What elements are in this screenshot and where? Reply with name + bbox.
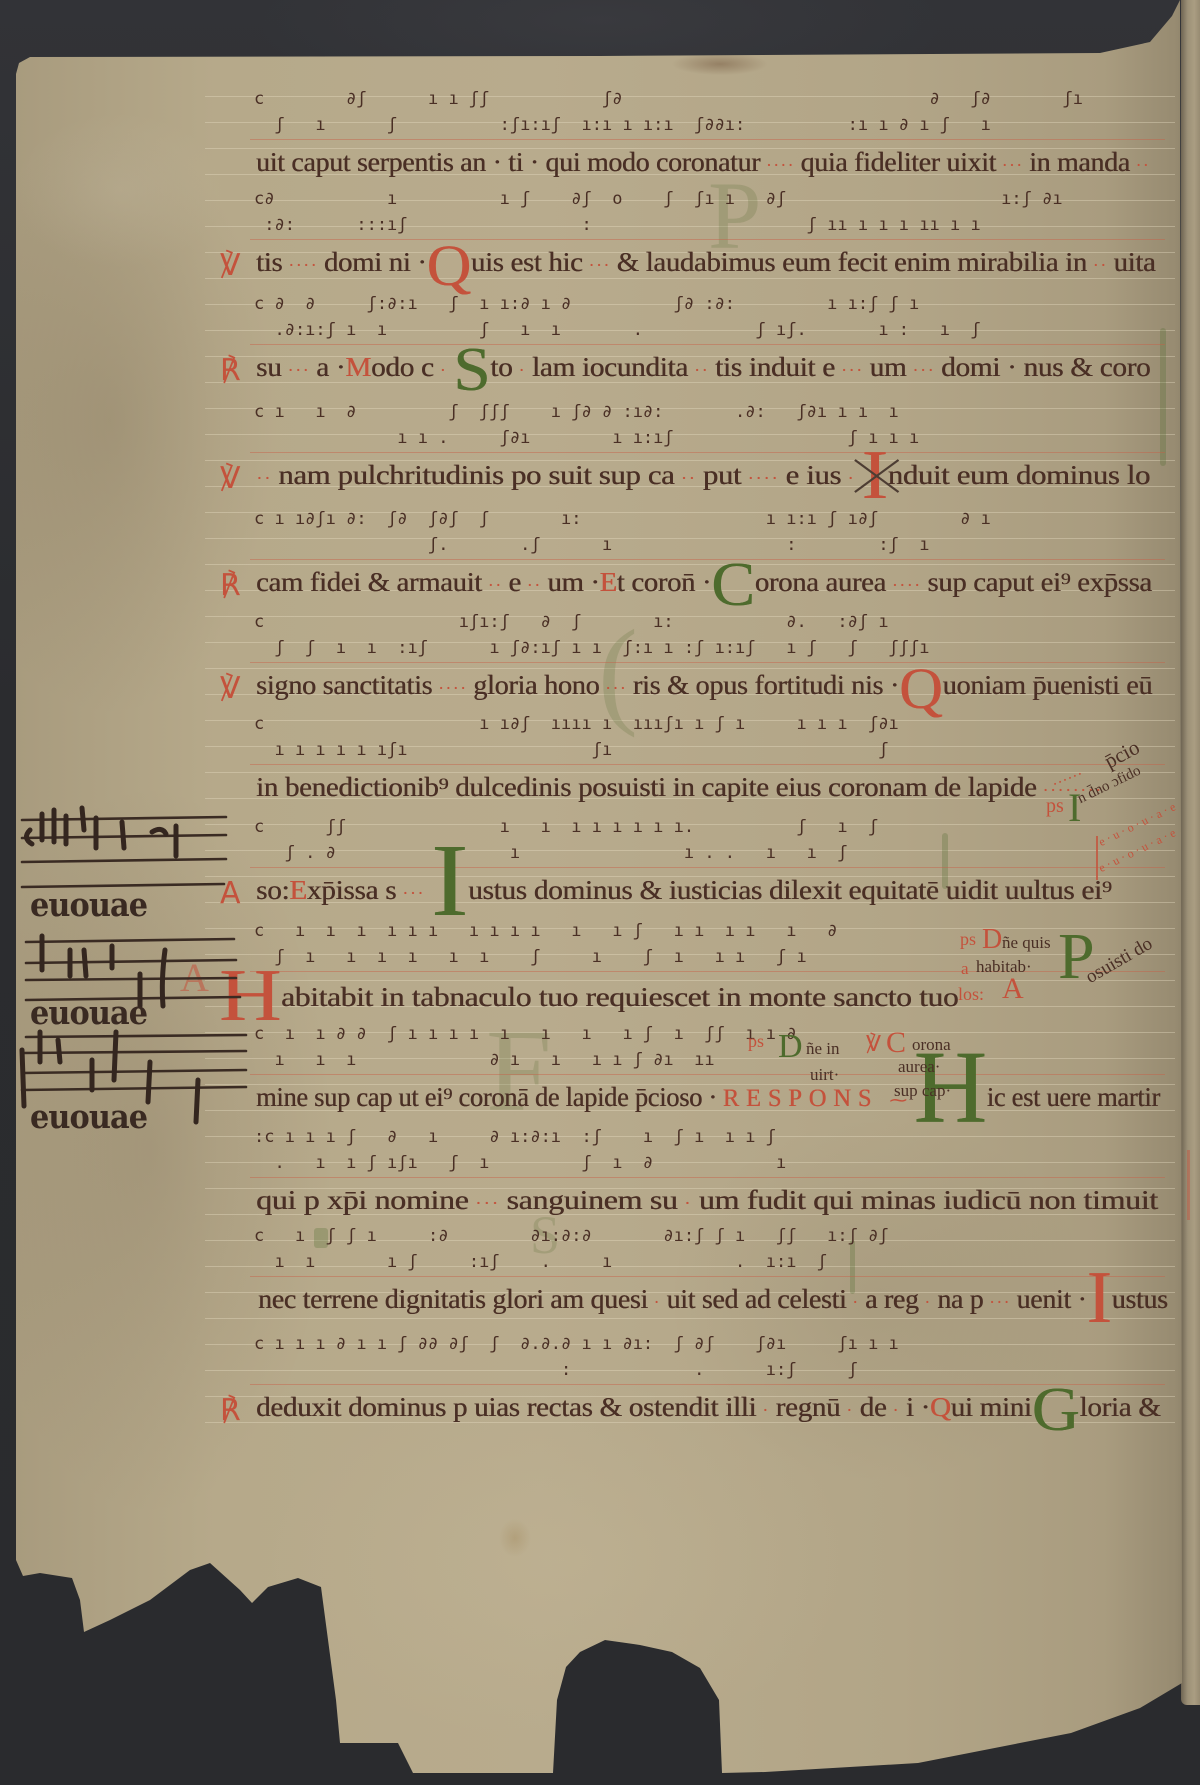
rubric-dots: ·	[846, 1292, 865, 1312]
neumes-upper: c ∂ ∂ ʃ:∂:ı ʃ ı ı:∂ ı ∂ ʃ∂ :∂: ı ı:ʃ ʃ ı	[254, 296, 919, 313]
text-segment: ui mini	[951, 1392, 1032, 1422]
rubric-dots: ·	[756, 1400, 775, 1420]
text-segment: loria &	[1079, 1392, 1160, 1422]
rubric-dots: ·	[841, 468, 862, 488]
psalm-abbrev: ps	[1046, 796, 1064, 816]
text-line: Habitabit in tabnaculo tuo requiescet in…	[219, 982, 958, 1011]
rubric-respons: RESPONS	[723, 1085, 878, 1112]
rubric-dots: ·	[434, 360, 454, 380]
text-segment: qui p xp̄i nomine	[256, 1185, 468, 1215]
text-segment: in benedictionib⁹ dulcedinis posuisti in…	[256, 772, 1037, 802]
text-segment: quia fideliter uixit	[800, 147, 996, 177]
red-letter: E	[600, 567, 617, 597]
red-f-line	[250, 139, 1165, 140]
rubric-dots: ··	[674, 468, 702, 488]
red-f-line	[250, 1384, 1165, 1385]
neumes-upper: c ʃʃ ı ı ı ı ı ı ı ı. ʃ ı ʃ	[254, 819, 878, 836]
adjacent-leaf-rubric-mark	[1187, 1150, 1190, 1220]
text-segment: a reg	[865, 1284, 919, 1314]
red-f-line	[250, 452, 1165, 453]
neumes-lower: ʃ ı ʃ :ʃı:ıʃ ı:ı ı ı:ı ʃ∂∂ı: :ı ı ∂ ı ʃ …	[254, 117, 991, 134]
text-segment: uita	[1113, 247, 1155, 277]
versicle-text: orona	[912, 1036, 951, 1053]
rubric-dots: ····	[282, 255, 324, 275]
text-segment: tis	[256, 247, 282, 277]
text-segment: regnū	[776, 1392, 841, 1422]
neumes-lower: ı ı ı ∂ ı ı ı ı ʃ ∂ı ıı	[254, 1052, 715, 1069]
red-letter: M	[345, 352, 371, 382]
psalm-initial: D	[778, 1030, 803, 1064]
text-segment: so:	[256, 875, 289, 905]
psalm-abbrev: ps	[960, 930, 976, 948]
text-segment: signo sanctitatis	[256, 670, 432, 700]
text-segment: e	[508, 567, 520, 597]
neumes-lower: ʃ ı ı ı ı ı ı ʃ ı ʃ ı ı ı ʃ ı	[254, 949, 807, 966]
text-line: tis ···· domi ni ·Quis est hic ··· & lau…	[256, 249, 1155, 279]
line-rubric-sign: ℟	[220, 356, 241, 386]
neumes-lower: . ı ı ʃ ıʃı ʃ ı ʃ ı ∂ ı	[254, 1155, 786, 1172]
red-letter: Q	[930, 1392, 951, 1422]
rubric-dots: ···	[983, 1292, 1016, 1312]
line-rubric-sign: ℣	[220, 251, 241, 281]
pen-trial-word: euouae	[30, 996, 147, 1029]
text-line: su ··· a ·Modo c · Sto · lam iocundita ·…	[256, 354, 1150, 384]
rubric-dots: ····	[432, 678, 473, 698]
psalm-incipit: uirt·	[810, 1066, 839, 1083]
neumes-lower: ʃ ʃ ı ı :ıʃ ı ʃ∂:ıʃ ı ı ʃ:ı ı :ʃ ı:ıʃ ı …	[254, 640, 930, 657]
text-line: in benedictionib⁹ dulcedinis posuisti in…	[256, 774, 1102, 804]
red-letter: E	[289, 875, 307, 905]
text-line: deduxit dominus p uias rectas & ostendit…	[256, 1394, 1160, 1424]
psalm-abbrev: ps	[748, 1032, 764, 1050]
rubric-dots: ···	[906, 360, 941, 380]
text-segment: e ius	[785, 460, 841, 490]
text-segment: sup caput ei⁹ exp̄ssa	[927, 567, 1151, 597]
green-initial: S	[453, 336, 490, 404]
pen-trial-word: euouae	[30, 1100, 147, 1133]
neumes-lower: ı ı ı ı ı ıʃı ʃı ʃ	[254, 742, 889, 759]
rubric-dots: ··	[1087, 255, 1114, 275]
rubric-dots: ···	[468, 1193, 506, 1213]
pen-trial-staves	[0, 800, 250, 1145]
text-segment: nduit eum dominus lo	[888, 460, 1150, 490]
text-line: so:Exp̄issa s ··· Iustus dominus & iusti…	[256, 865, 1112, 907]
neumes-upper: c ıʃı:ʃ ∂ ʃ ı: ∂. :∂ʃ ı	[254, 614, 889, 631]
text-segment: put	[703, 460, 741, 490]
text-segment: domi ni ·	[324, 247, 427, 277]
parchment-leaf: P ( F S c ∂ʃ ı ı ʃʃ ʃ∂ ∂ ʃ∂ ʃı ʃ ı ʃ :ʃı…	[0, 0, 1200, 1785]
text-segment: i ·	[906, 1392, 930, 1422]
neumes-upper: c ı ı∂ʃı ∂: ʃ∂ ʃ∂ʃ ʃ ı: ı ı:ı ʃ ı∂ʃ ∂ ı	[254, 511, 991, 528]
text-line: nec terrene dignitatis glori am quesi · …	[258, 1284, 1168, 1316]
text-line: signo sanctitatis ···· gloria hono ··· r…	[256, 672, 1152, 702]
rubric-dots: ··	[256, 468, 278, 488]
text-segment: um ·	[547, 567, 599, 597]
text-segment: na p	[937, 1284, 983, 1314]
versicle-text: sup cap·	[894, 1082, 951, 1099]
rubric-dots: ··	[1130, 155, 1150, 175]
rubric-dots: ···	[281, 360, 316, 380]
text-segment: sanguinem su	[506, 1185, 677, 1215]
text-segment: to	[490, 352, 512, 382]
line-rubric-sign: ℟	[220, 571, 241, 601]
rubric-dots: ···	[583, 255, 617, 275]
text-segment: su	[256, 352, 281, 382]
pen-trial-word: euouae	[30, 888, 147, 921]
red-f-line	[250, 239, 1165, 240]
psalm-incipit: ñe in	[806, 1040, 840, 1057]
text-segment: tis induit e	[715, 352, 835, 382]
rubric-dots: ·	[886, 1400, 905, 1420]
neumes-upper: c ı ı ∂ ∂ ʃ ı ı ı ı ı ı ı ı ʃ ı ʃʃ ı ı ∂	[254, 1026, 796, 1043]
red-f-line	[250, 764, 1165, 765]
text-segment: uit sed ad celesti	[666, 1284, 846, 1314]
neumes-lower: ʃ. .ʃ ı : :ʃ ı	[254, 537, 930, 554]
rubric-dots: ···	[996, 155, 1029, 175]
text-segment: de	[860, 1392, 887, 1422]
line-rubric-sign: ℣	[220, 464, 241, 494]
text-segment: abitabit in tabnaculo tuo requiescet in …	[281, 982, 958, 1012]
show-through-stroke	[1160, 328, 1166, 466]
antiphon-mark: A	[1002, 974, 1024, 1004]
neumes-upper: :c ı ı ı ʃ ∂ ı ∂ ı:∂:ı :ʃ ı ʃ ı ı ı ʃ	[254, 1129, 776, 1146]
text-segment: uenit ·	[1016, 1284, 1086, 1314]
rubric-dots: ·	[648, 1292, 667, 1312]
text-segment: a ·	[316, 352, 345, 382]
text-segment: deduxit dominus p uias rectas & ostendit…	[256, 1392, 756, 1422]
adjacent-leaf-edge	[1181, 0, 1200, 1705]
red-f-line	[250, 559, 1165, 560]
red-initial-c: C	[886, 1028, 906, 1058]
text-line: qui p xp̄i nomine ··· sanguinem su · um …	[256, 1187, 1158, 1217]
neumes-upper: c ı ı ı ı ı ı ı ı ı ı ı ı ʃ ı ı ı ı ı ∂	[254, 923, 837, 940]
text-segment: um	[870, 352, 907, 382]
red-initial: Q	[427, 233, 471, 298]
text-segment: cam fidei & armauit	[256, 567, 482, 597]
rubric-dots: ··	[482, 575, 509, 595]
text-segment: in manda	[1029, 147, 1130, 177]
red-f-line	[250, 1177, 1165, 1178]
rubric-dots: ····	[886, 575, 927, 595]
rubric-dots: ····	[741, 468, 785, 488]
text-segment: um fudit qui minas iudicū non timuit	[699, 1185, 1158, 1215]
neumes-lower: :∂: :::ıʃ : ʃ ıı ı ı ı ıı ı ı	[254, 217, 981, 234]
rubric-abbrev: los:	[958, 985, 984, 1003]
text-line: mine sup cap ut ei⁹ coronā de lapide p̄c…	[256, 1072, 1160, 1114]
neumes-upper: c ı ʃ ʃ ı :∂ ∂ı:∂:∂ ∂ı:ʃ ʃ ı ʃʃ ı:ʃ ∂ʃ	[254, 1228, 889, 1245]
text-segment: uit caput serpentis an · ti · qui modo c…	[256, 147, 760, 177]
neumes-upper: c ∂ʃ ı ı ʃʃ ʃ∂ ∂ ʃ∂ ʃı	[254, 91, 1083, 108]
text-segment: uis est hic	[471, 247, 583, 277]
text-segment: lam iocundita	[532, 352, 688, 382]
neumes-upper: c ı ı ∂ ʃ ʃʃʃ ı ʃ∂ ∂ :ı∂: .∂: ʃ∂ı ı ı ı	[254, 404, 899, 421]
text-segment: ustus	[1112, 1284, 1168, 1314]
neumes-lower: ı ı ı ʃ :ıʃ . ı . ı:ı ʃ	[254, 1254, 827, 1271]
line-rubric-sign: ℣	[220, 674, 241, 704]
rubric-letter: a	[961, 960, 969, 977]
margin-pen-trials: euouae euouae euouae	[0, 800, 250, 1145]
versicle-sign: ℣	[866, 1034, 881, 1056]
red-f-line	[250, 1276, 1165, 1277]
versicle-text: aurea·	[898, 1058, 940, 1075]
text-line: cam fidei & armauit ·· e ·· um ·Et coron…	[256, 569, 1152, 599]
rubric-dots: ···	[835, 360, 870, 380]
red-initial: Q	[899, 656, 943, 721]
green-initial: G	[1032, 1376, 1080, 1444]
text-segment: nam pulchritudinis po suit sup ca	[278, 460, 674, 490]
text-segment: orona aurea	[755, 567, 886, 597]
text-segment: xp̄issa s	[307, 875, 396, 905]
red-f-line	[250, 662, 1165, 663]
text-segment: ris & opus fortitudi nis ·	[633, 670, 899, 700]
neumes-upper: c∂ ı ı ʃ ∂ʃ o ʃ ʃı ı ∂ʃ ı:ʃ ∂ı	[254, 191, 1063, 208]
text-segment: odo c	[371, 352, 434, 382]
neumes-lower: ı ı . ʃ∂ı ı ı:ıʃ ʃ ı ı ı	[254, 430, 919, 447]
text-segment: t coron̄ ·	[617, 567, 711, 597]
line-rubric-sign: ℟	[220, 1396, 241, 1426]
text-line: uit caput serpentis an · ti · qui modo c…	[256, 149, 1150, 179]
text-segment: gloria hono	[473, 670, 599, 700]
red-initial-struck: I	[862, 437, 888, 514]
text-segment: nec terrene dignitatis glori am quesi	[258, 1284, 648, 1314]
text-segment: & laudabimus eum fecit enim mirabilia in	[617, 247, 1087, 277]
rubric-dots: ···	[396, 883, 431, 903]
text-segment: ustus dominus & iusticias dilexit equita…	[468, 875, 1112, 905]
psalm-incipit: ñe quis	[1002, 934, 1051, 951]
rubric-dots: ····	[760, 155, 800, 175]
rubric-rule	[1096, 836, 1098, 880]
rubric-dots: ··	[521, 575, 548, 595]
neumes-upper: c ı ı∂ʃ ıııı ı ıııʃı ı ʃ ı ı ı ı ʃ∂ı	[254, 716, 899, 733]
text-segment: domi · nus & coro	[941, 352, 1150, 382]
red-initial-large: I	[1086, 1257, 1111, 1339]
neumes-lower: .∂:ı:ʃ ı ı ʃ ı ı . ʃ ıʃ. ı : ı ʃ	[254, 322, 981, 339]
red-f-line	[250, 344, 1165, 345]
neumes-lower: : . ı:ʃ ʃ	[254, 1362, 858, 1379]
green-initial: C	[711, 551, 755, 619]
neumes-lower: ʃ . ∂ ı ı . . ı ı ʃ	[254, 845, 848, 862]
rubric-dots: ·	[840, 1400, 859, 1420]
text-segment: mine sup cap ut ei⁹ coronā de lapide p̄c…	[256, 1082, 717, 1112]
text-segment: uoniam p̄uenisti eū	[943, 670, 1153, 700]
text-line: ·· nam pulchritudinis po suit sup ca ·· …	[256, 462, 1150, 492]
rubric-dots: ·	[919, 1292, 938, 1312]
psalm-initial: D	[982, 926, 1002, 954]
rubric-dots: ··	[688, 360, 715, 380]
neumes-upper: c ı ı ı ∂ ı ı ʃ ∂∂ ∂ʃ ʃ ∂.∂.∂ ı ı ∂ı: ʃ …	[254, 1336, 899, 1353]
rubric-dots: ·	[677, 1193, 698, 1213]
rubric-dots: ·	[512, 360, 532, 380]
rubric-dots: ···	[599, 678, 633, 698]
text-segment: ic est uere martir	[987, 1082, 1160, 1112]
